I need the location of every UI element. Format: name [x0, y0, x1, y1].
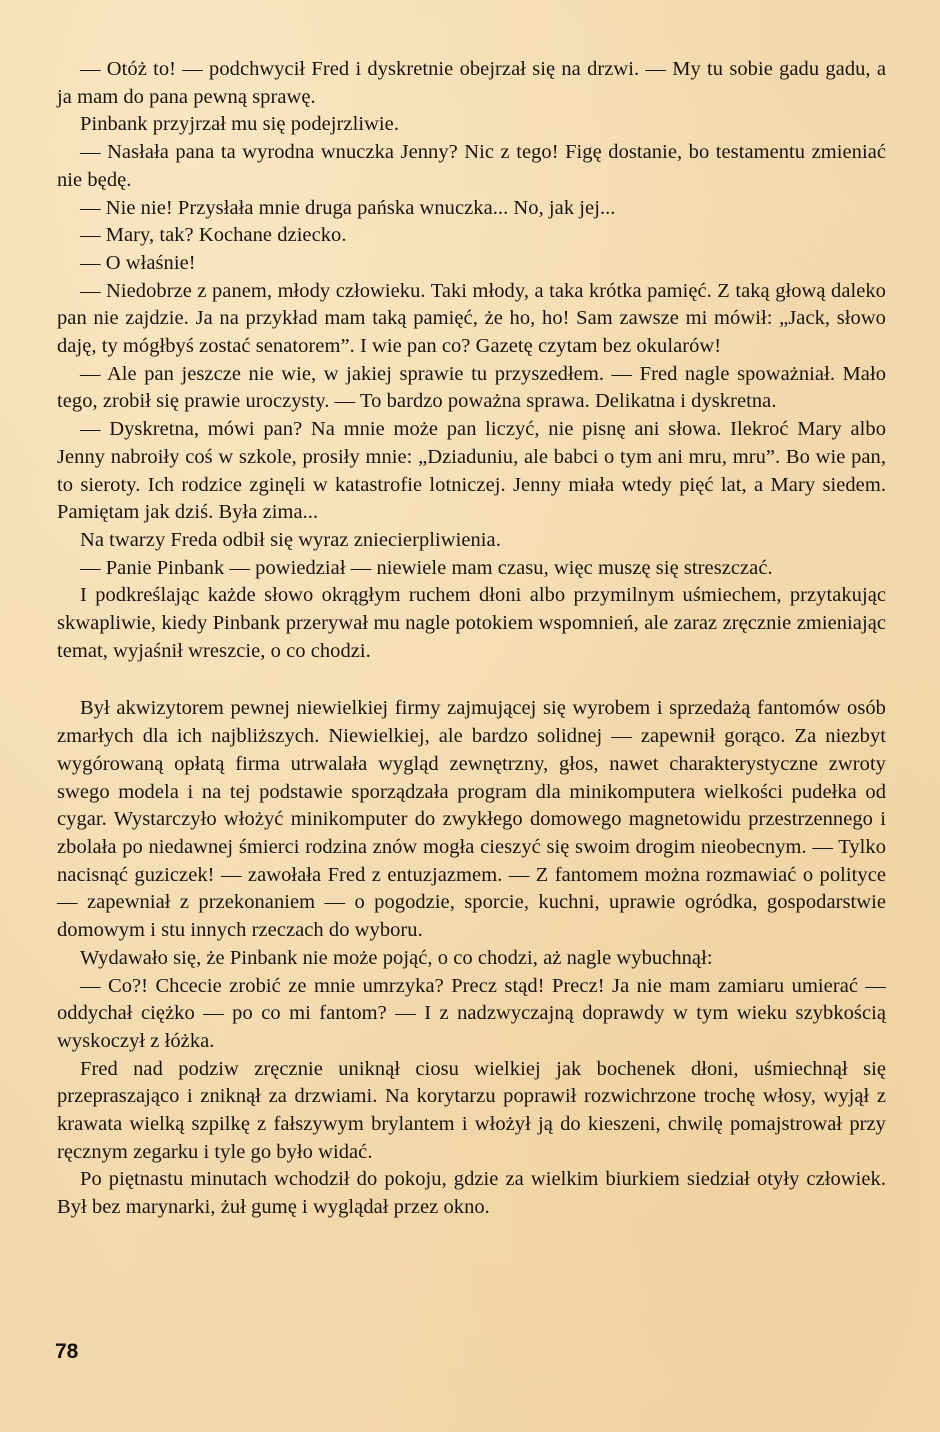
text-section-2: Był akwizytorem pewnej niewielkiej firmy…	[57, 695, 886, 1221]
paragraph: — Nie nie! Przysłała mnie druga pańska w…	[57, 195, 886, 223]
paragraph: — Niedobrze z panem, młody człowieku. Ta…	[57, 278, 886, 361]
paragraph: — Mary, tak? Kochane dziecko.	[57, 222, 886, 250]
page-number: 78	[55, 1340, 78, 1364]
paragraph: — Panie Pinbank — powiedział — niewiele …	[57, 555, 886, 583]
paragraph: — Dyskretna, mówi pan? Na mnie może pan …	[57, 416, 886, 527]
paragraph: — Nasłała pana ta wyrodna wnuczka Jenny?…	[57, 139, 886, 194]
paragraph: Fred nad podziw zręcznie uniknął ciosu w…	[57, 1056, 886, 1167]
paragraph: Pinbank przyjrzał mu się podejrzliwie.	[57, 111, 886, 139]
paragraph: — Co?! Chcecie zrobić ze mnie umrzyka? P…	[57, 973, 886, 1056]
text-section-1: — Otóż to! — podchwycił Fred i dyskretni…	[57, 56, 886, 665]
paragraph: Wydawało się, że Pinbank nie może pojąć,…	[57, 945, 886, 973]
paragraph: — Otóż to! — podchwycił Fred i dyskretni…	[57, 56, 886, 111]
paragraph: I podkreślając każde słowo okrągłym ruch…	[57, 582, 886, 665]
paragraph: Na twarzy Freda odbił się wyraz zniecier…	[57, 527, 886, 555]
paragraph: — Ale pan jeszcze nie wie, w jakiej spra…	[57, 361, 886, 416]
section-break	[57, 665, 886, 695]
paragraph: — O właśnie!	[57, 250, 886, 278]
paragraph: Był akwizytorem pewnej niewielkiej firmy…	[57, 695, 886, 944]
paragraph: Po piętnastu minutach wchodził do pokoju…	[57, 1166, 886, 1221]
page-body: — Otóż to! — podchwycił Fred i dyskretni…	[57, 56, 886, 1222]
